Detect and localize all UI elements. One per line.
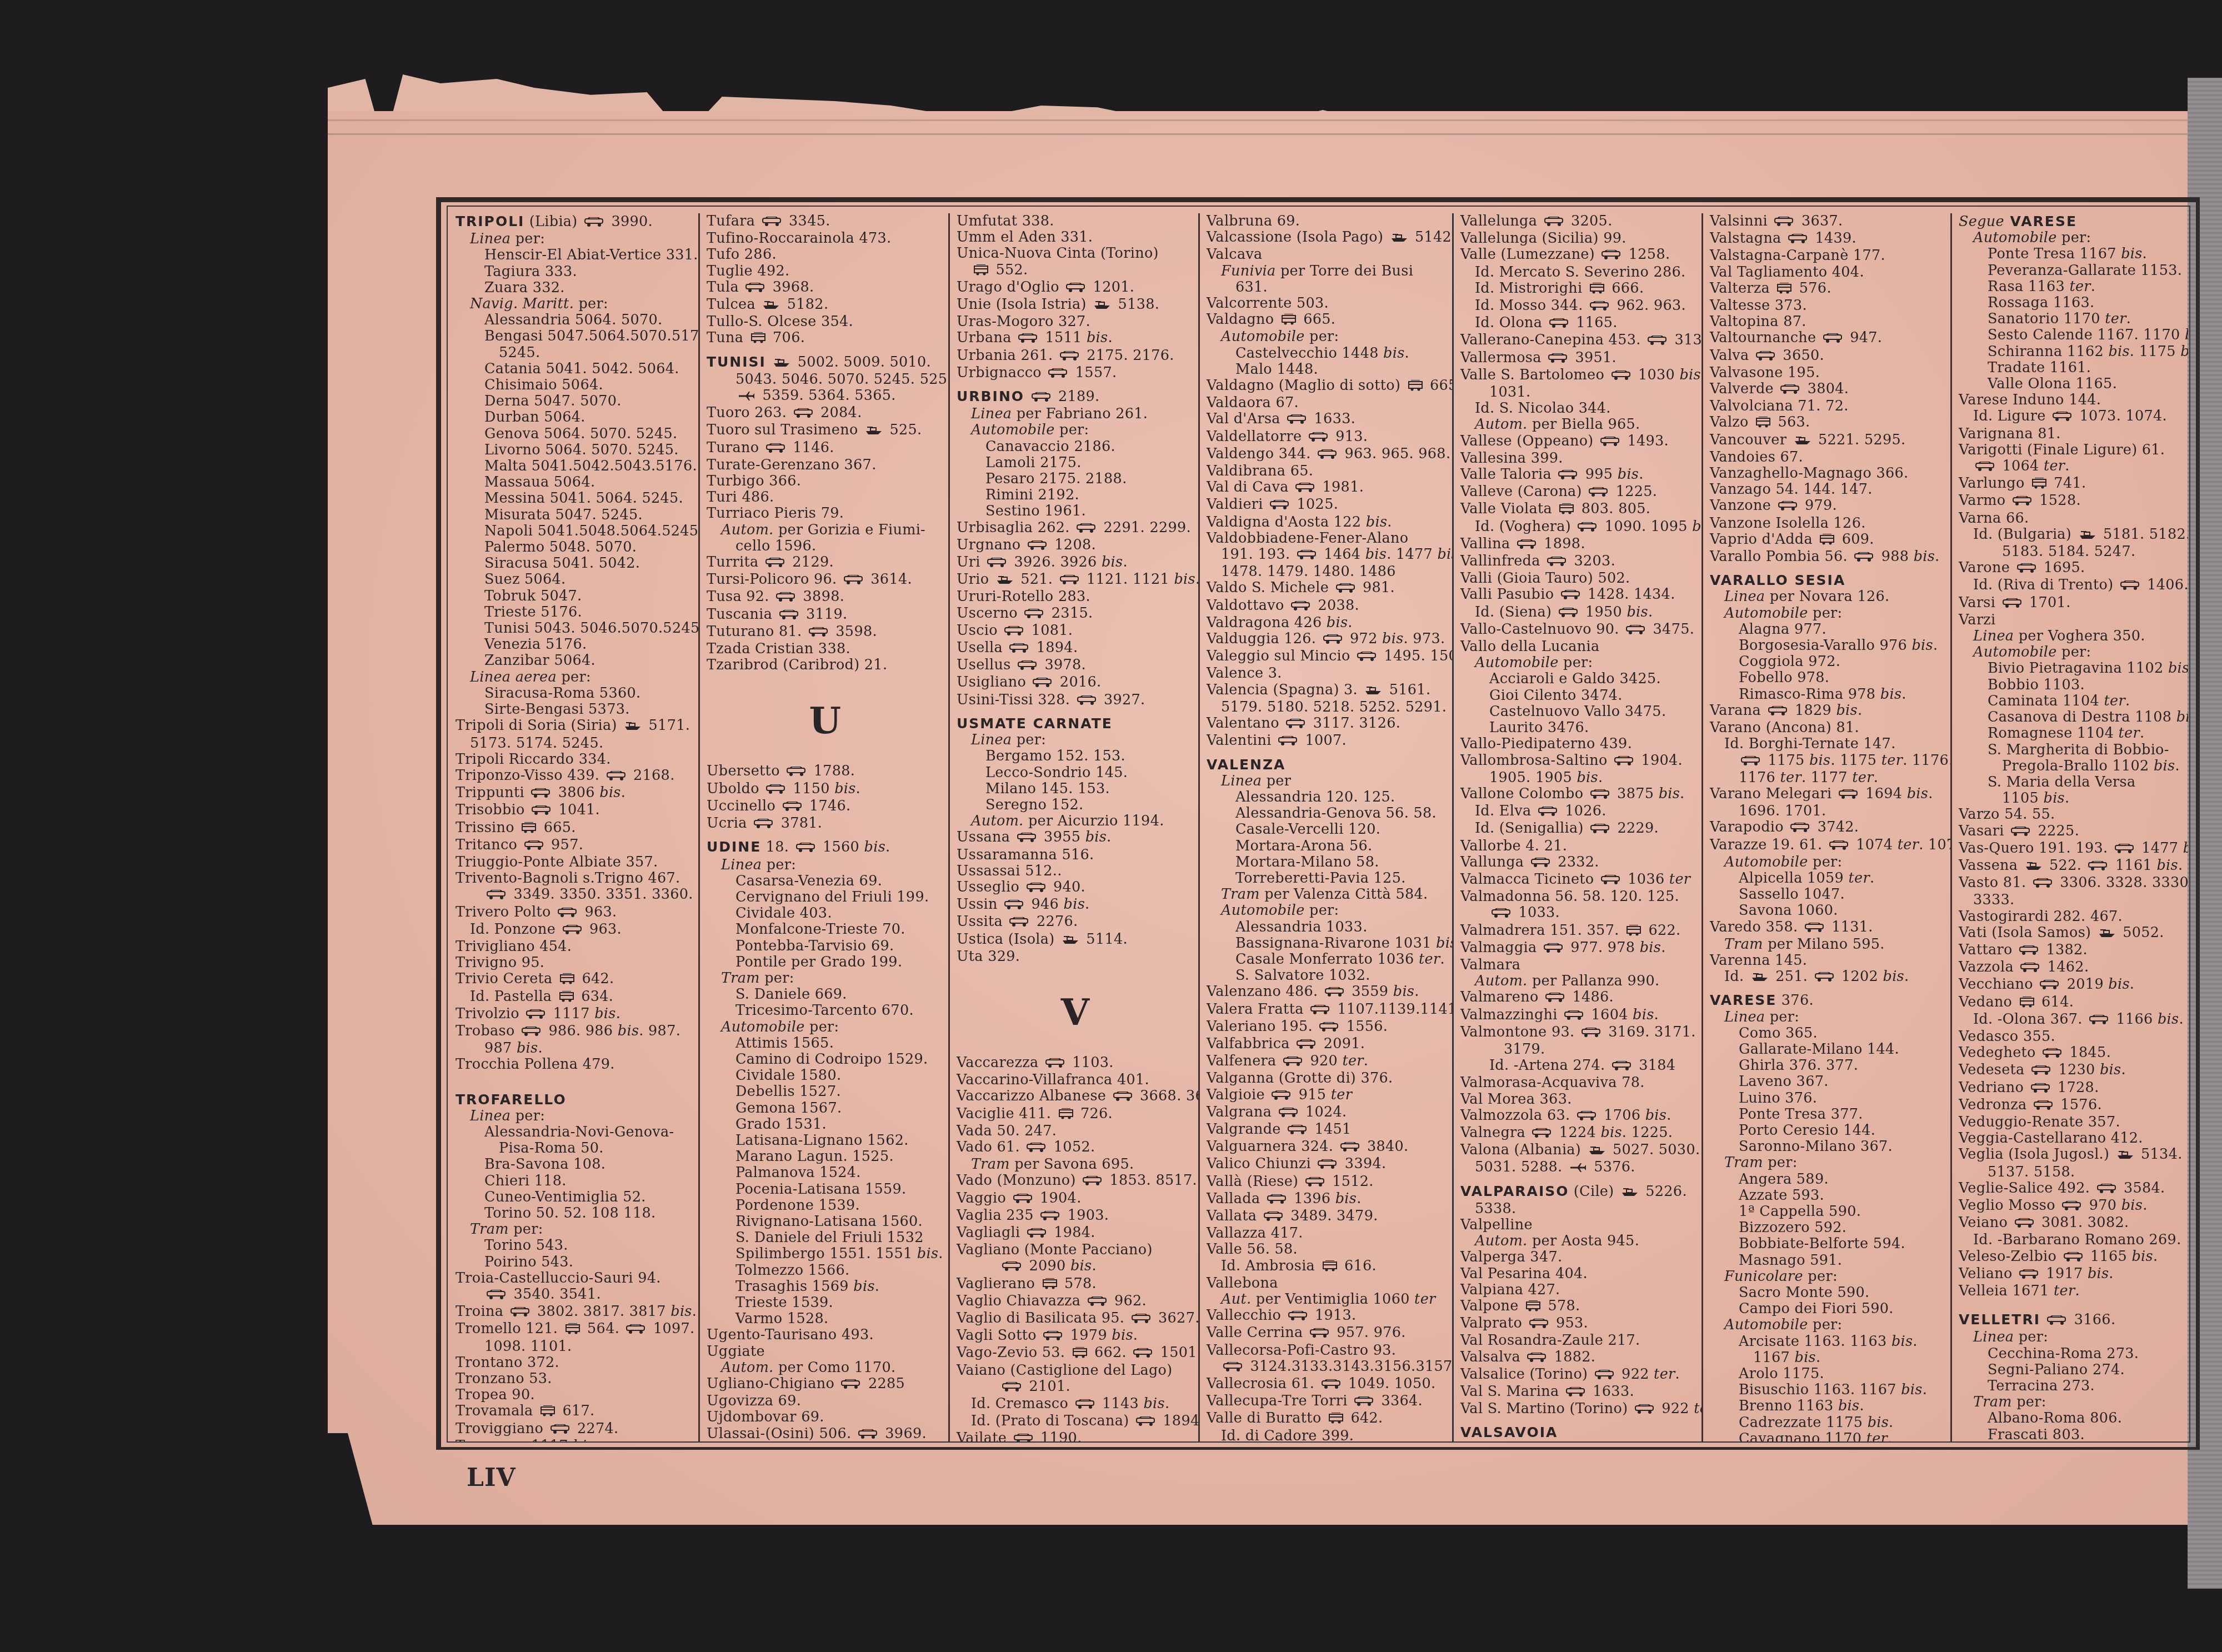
index-entry: Pocenia-Latisana 1559. (707, 1182, 944, 1198)
index-entry: Debellis 1527. (707, 1084, 944, 1100)
route-label: Automobile per: (1710, 605, 1946, 622)
automobile-bus-icon (2003, 596, 2023, 612)
route-label: Autom. per Biella 965. (1460, 417, 1697, 433)
index-entry: Tula 3968. (707, 279, 944, 297)
index-entry: Saronno-Milano 367. (1710, 1139, 1946, 1155)
automobile-bus-icon (551, 1422, 570, 1438)
route-label: Linea per (1207, 773, 1448, 789)
index-entry: Id. (Riva di Trento) 1406. (1959, 577, 2184, 594)
automobile-bus-icon (1310, 1003, 1330, 1019)
index-entry: Veduggio-Renate 357. (1959, 1114, 2184, 1130)
index-entry: Varignana 81. (1959, 426, 2184, 442)
automobile-bus-icon (2011, 824, 2031, 840)
index-entry: Umm el Aden 331. (957, 229, 1194, 246)
automobile-bus-icon (1305, 1175, 1325, 1191)
index-entry: Brenno 1163 bis. (1710, 1398, 1946, 1414)
automobile-bus-icon (1033, 675, 1053, 692)
automobile-bus-icon (1839, 787, 1859, 803)
route-label: Tram per Savona 695. (957, 1157, 1194, 1173)
index-entry: Triuggio-Ponte Albiate 357. (456, 854, 694, 870)
index-entry: Tricesimo-Tarcento 670. (707, 1003, 944, 1019)
index-entry: Varano (Ancona) 81. (1710, 720, 1946, 736)
tram-icon (750, 331, 766, 347)
ship-icon (1621, 1185, 1639, 1201)
route-label: Linea per: (1959, 1329, 2184, 1345)
automobile-bus-icon (607, 769, 627, 785)
index-entry: Vaglio di Basilicata 95. 3627. (957, 1310, 1194, 1328)
automobile-bus-icon (1278, 734, 1298, 750)
index-entry: Vallerano-Canepina 453. 3135. (1460, 332, 1697, 349)
automobile-bus-icon (1077, 521, 1097, 537)
index-entry: Sestino 1961. (957, 503, 1194, 519)
index-entry: Massaua 5064. (456, 474, 694, 490)
index-entry: Trovamala 617. (456, 1403, 694, 1420)
index-entry: Valdo S. Michele 981. (1207, 580, 1448, 597)
index-entry: Luino 376. (1710, 1090, 1946, 1107)
station-heading: TUNISI 5002. 5009. 5010. (707, 354, 944, 372)
station-heading: TROFARELLO (456, 1092, 694, 1108)
index-entry: Vaccarezza 1103. (957, 1055, 1194, 1072)
automobile-bus-icon (526, 1007, 546, 1023)
automobile-bus-icon (1564, 1008, 1584, 1024)
index-entry: Val Tagliamento 404. (1710, 264, 1946, 281)
automobile-bus-icon (563, 923, 583, 939)
index-entry: Vallecupa-Tre Torri 3364. (1207, 1393, 1448, 1410)
index-entry: 1031. (1460, 384, 1697, 401)
index-entry: Usini-Tissi 328. 3927. (957, 692, 1194, 709)
route-label: Autom. per Como 1170. (707, 1360, 944, 1376)
index-entry: 1167 bis. (1710, 1350, 1946, 1366)
index-entry: Veglie-Salice 492. 3584. (1959, 1180, 2184, 1198)
automobile-bus-icon (1004, 898, 1024, 914)
index-entry: Troina 3802. 3817. 3817 bis. (456, 1304, 694, 1321)
index-entry: Suez 5064. (456, 572, 694, 588)
route-label: Funivia per Torre dei Busi (1207, 263, 1448, 279)
index-entry: Bivio Pietragavina 1102 bis. (1959, 660, 2184, 677)
route-label: Tram per: (707, 970, 944, 987)
index-entry: Vedano 614. (1959, 994, 2184, 1012)
automobile-bus-icon (584, 215, 604, 231)
index-entry: Vallelunga 3205. (1460, 213, 1697, 231)
index-entry: Uta 329. (957, 949, 1194, 965)
index-entry: Vago-Zevio 53. 662. 1501. (957, 1345, 1194, 1362)
index-entry: Valmareno 1486. (1460, 989, 1697, 1007)
index-entry: Vallombrosa-Saltino 1904. (1460, 753, 1697, 770)
automobile-bus-icon (1027, 1140, 1047, 1157)
route-label: Automobile per: (1959, 644, 2184, 660)
tram-icon (1819, 533, 1835, 549)
index-entry: Ussin 946 bis. (957, 897, 1194, 914)
index-entry: Rimasco-Rima 978 bis. (1710, 687, 1946, 703)
index-entry: Genova 5064. 5070. 5245. (456, 426, 694, 442)
tram-icon (559, 972, 575, 988)
index-entry: Tzada Cristian 338. (707, 641, 944, 657)
automobile-bus-icon (1823, 331, 1843, 347)
airplane-icon (1569, 1160, 1587, 1177)
automobile-bus-icon (1027, 880, 1047, 897)
index-entry: Casale-Vercelli 120. (1207, 822, 1448, 838)
index-entry: Valdibrana 65. (1207, 463, 1448, 479)
index-entry: Laveno 367. (1710, 1074, 1946, 1090)
automobile-bus-icon (1040, 1209, 1060, 1225)
index-entry: Vallina 1898. (1460, 536, 1697, 553)
route-label: Autom. per Aicurzio 1194. (957, 813, 1194, 829)
index-entry: Varna 66. (1959, 510, 2184, 527)
index-entry: Vallesina 399. (1460, 450, 1697, 467)
index-entry: Valdagno (Maglio di sotto) 665. (1207, 378, 1448, 395)
index-entry: Valentini 1007. (1207, 733, 1448, 750)
index-entry: Bizzozero 592. (1710, 1220, 1946, 1236)
index-entry: Bobbiate-Belforte 594. (1710, 1236, 1946, 1252)
index-entry: Pisa-Roma 50. (456, 1140, 694, 1157)
index-entry: Ponte Tresa 1167 bis. (1959, 246, 2184, 262)
index-entry: Ugento-Taurisano 493. (707, 1327, 944, 1343)
index-entry: 3124.3133.3143.3156.3157. (1207, 1359, 1448, 1376)
index-entry: Vallazza 417. (1207, 1225, 1448, 1241)
station-heading: VARALLO SESIA (1710, 572, 1946, 589)
index-entry: Vallo-Castelnuovo 90. 3475. (1460, 622, 1697, 639)
automobile-bus-icon (1788, 232, 1808, 248)
tram-icon (540, 1404, 555, 1420)
index-entry: Vallecorsa-Pofi-Castro 93. (1207, 1343, 1448, 1359)
index-entry: Mortara-Milano 58. (1207, 854, 1448, 870)
automobile-bus-icon (2034, 1098, 2054, 1114)
tram-icon (559, 990, 574, 1006)
automobile-bus-icon (1545, 990, 1565, 1007)
route-label: Linea per: (1710, 1009, 1946, 1025)
index-entry: Vallecchio 1913. (1207, 1308, 1448, 1325)
index-entry: Tagiura 333. (456, 264, 694, 280)
automobile-bus-icon (809, 625, 829, 641)
automobile-bus-icon (787, 764, 807, 780)
index-entry: Vanzago 54. 144. 147. (1710, 482, 1946, 498)
index-entry: Troia-Castelluccio-Sauri 94. (456, 1270, 694, 1286)
automobile-bus-icon (511, 1305, 531, 1321)
automobile-bus-icon (2089, 1013, 2109, 1029)
index-entry: Varigotti (Finale Ligure) 61. (1959, 442, 2184, 458)
index-entry: Veglia (Isola Jugosl.) 5134. (1959, 1147, 2184, 1164)
index-entry: Valera Fratta 1107.1139.1141 (1207, 1002, 1448, 1019)
index-entry: Porto Ceresio 144. (1710, 1123, 1946, 1139)
index-entry: Valle di Buratto 642. (1207, 1410, 1448, 1428)
index-entry: Vecchiano 2019 bis. (1959, 977, 2184, 994)
index-entry: Chisimaio 5064. (456, 377, 694, 393)
index-entry: Valmazzinghi 1604 bis. (1460, 1007, 1697, 1024)
index-entry: Trivigno 95. (456, 955, 694, 971)
index-entry: Coggiola 972. (1710, 654, 1946, 670)
index-entry: Valdellatorre 913. (1207, 429, 1448, 446)
index-entry: Casanova di Destra 1108 bis (1959, 709, 2184, 725)
ship-icon (1588, 1143, 1606, 1159)
index-entry: Id. (Siena) 1950 bis. (1460, 604, 1697, 622)
index-entry: Siracusa 5041. 5042. (456, 555, 694, 572)
automobile-bus-icon (1635, 1402, 1655, 1418)
index-entry: Valcorrente 503. (1207, 296, 1448, 312)
automobile-bus-icon (1558, 468, 1578, 484)
automobile-bus-icon (1270, 498, 1290, 514)
station-heading-name: TROFARELLO (456, 1092, 567, 1108)
index-entry: Valenzano 486. 3559 bis. (1207, 984, 1448, 1001)
automobile-bus-icon (1048, 366, 1068, 382)
index-entry: Vas-Quero 191. 193. 1477 bis. (1959, 840, 2184, 858)
index-entry: Id. Pastella 634. (456, 989, 694, 1006)
index-entry: Varese Induno 144. (1959, 392, 2184, 408)
index-entry: Valmara (1460, 957, 1697, 973)
index-entry: Messina 5041. 5064. 5245. (456, 490, 694, 507)
automobile-bus-icon (1538, 804, 1558, 820)
index-entry: Varzi (1959, 612, 2184, 628)
index-entry: Vastogirardi 282. 467. (1959, 909, 2184, 925)
index-entry: 1098. 1101. (456, 1339, 694, 1355)
index-entry: Ussita 2276. (957, 914, 1194, 931)
automobile-bus-icon (1309, 430, 1329, 446)
index-entry: Vallada 1396 bis. (1207, 1191, 1448, 1208)
index-entry: Id. Elva 1026. (1460, 803, 1697, 820)
index-entry: Valdottavo 2038. (1207, 598, 1448, 615)
tram-icon (1559, 502, 1574, 518)
automobile-bus-icon (1595, 1368, 1615, 1384)
index-entry: Palermo 5048. 5070. (456, 539, 694, 555)
tram-icon (1281, 313, 1297, 329)
index-entry: Latisana-Lignano 1562. (707, 1133, 944, 1149)
automobile-bus-icon (1319, 1020, 1339, 1036)
station-heading-name: VALSAVOIA (1460, 1424, 1558, 1440)
index-entry: Valence 3. (1207, 665, 1448, 682)
station-heading: USMATE CARNATE (957, 715, 1194, 732)
automobile-bus-icon (1004, 624, 1024, 640)
automobile-bus-icon (2062, 1199, 2082, 1215)
index-entry: Vagli Sotto 1979 bis. (957, 1328, 1194, 1345)
index-entry: Marano Lagun. 1525. (707, 1149, 944, 1165)
automobile-bus-icon (2064, 1250, 2084, 1266)
index-entry: Alagna 977. (1710, 622, 1946, 638)
index-entry: Unica-Nuova Cinta (Torino) (957, 246, 1194, 262)
index-entry: Rossaga 1163. (1959, 295, 2184, 311)
index-entry: Camino di Codroipo 1529. (707, 1052, 944, 1068)
index-entry: 5245. (456, 345, 694, 361)
index-entry: Terracina 273. (1959, 1378, 2184, 1394)
automobile-bus-icon (487, 1288, 507, 1304)
index-columns: TRIPOLI (Libia) 3990.Linea per:Henscir-E… (449, 213, 2188, 1441)
index-entry: Fobello 978. (1710, 670, 1946, 686)
index-entry: Valdobbiadene-Fener-Alano (1207, 530, 1448, 547)
index-entry: Azzate 593. (1710, 1188, 1946, 1204)
station-heading: VALPARAISO (Cile) 5226. (1460, 1183, 1697, 1201)
route-label: Linea per: (456, 231, 694, 247)
index-entry: Castelvecchio 1448 bis. (1207, 346, 1448, 362)
index-entry: Milano 145. 153. (957, 781, 1194, 797)
index-entry: 5359. 5364. 5365. (707, 388, 944, 405)
index-entry: Valva 3650. (1710, 348, 1946, 365)
route-label: Automobile per: (1207, 329, 1448, 345)
index-entry: Valle 56. 58. (1207, 1241, 1448, 1258)
station-heading-name: UDINE (707, 839, 761, 855)
index-entry: Val d'Arsa 1633. (1207, 411, 1448, 428)
index-entry: Urbana 1511 bis. (957, 330, 1194, 347)
index-entry: Gallarate-Milano 144. (1710, 1042, 1946, 1058)
automobile-bus-icon (1060, 349, 1080, 365)
tram-icon (1755, 415, 1771, 432)
index-entry: Varone 1695. (1959, 560, 2184, 577)
automobile-bus-icon (2097, 1182, 2117, 1198)
tram-icon (1042, 1277, 1058, 1293)
index-entry: Tusa 92. 3898. (707, 589, 944, 606)
automobile-bus-icon (532, 803, 552, 819)
index-entry: Valeriano 195. 1556. (1207, 1019, 1448, 1036)
index-entry: Trobaso 986. 986 bis. 987. (456, 1023, 694, 1040)
index-entry: Vazzola 1462. (1959, 959, 2184, 977)
index-entry: Varano Melegari 1694 bis. (1710, 786, 1946, 803)
index-entry: Valle Olona 1165. (1959, 376, 2184, 392)
automobile-bus-icon (487, 888, 507, 904)
index-entry: Val S. Martino (Torino) 922 ter (1460, 1401, 1697, 1418)
tram-icon (973, 263, 989, 279)
automobile-bus-icon (2020, 960, 2040, 977)
automobile-bus-icon (783, 799, 803, 815)
index-entry: Id. (Bulgaria) 5181. 5182. (1959, 527, 2184, 544)
automobile-bus-icon (2040, 978, 2060, 994)
index-entry: Unie (Isola Istria) 5138. (957, 297, 1194, 314)
route-label: Tram per Valenza Città 584. (1207, 887, 1448, 903)
index-entry: Tufo 286. (707, 247, 944, 263)
automobile-bus-icon (1590, 822, 1610, 838)
index-entry: Cividale 403. (707, 905, 944, 922)
index-entry: S. Maria della Versa (1959, 774, 2184, 790)
index-entry: Vedriano 1728. (1959, 1080, 2184, 1097)
index-entry: Varmo 1528. (1959, 493, 2184, 510)
automobile-bus-icon (1544, 214, 1564, 231)
automobile-bus-icon (2088, 859, 2108, 875)
automobile-bus-icon (1626, 623, 1646, 639)
index-entry: Vallese (Oppeano) 1493. (1460, 433, 1697, 450)
index-entry: Torino 543. (456, 1238, 694, 1254)
automobile-bus-icon (1975, 459, 1995, 475)
index-entry: Cavagnano 1170 ter. (1710, 1431, 1946, 1441)
index-entry: Tuturano 81. 3598. (707, 624, 944, 641)
index-entry: 2090 bis. (957, 1258, 1194, 1275)
index-entry: Vancouver 5221. 5295. (1710, 432, 1946, 449)
index-entry: Valgrande 1451 (1207, 1122, 1448, 1139)
index-entry: Rimini 2192. (957, 487, 1194, 503)
automobile-bus-icon (2053, 409, 2073, 425)
automobile-bus-icon (1279, 1105, 1299, 1122)
index-entry: Turriaco Pieris 79. (707, 505, 944, 522)
automobile-bus-icon (531, 786, 551, 802)
index-column-4: Valbruna 69.Valcassione (Isola Pago) 514… (1200, 213, 1454, 1441)
index-entry: Alessandria 5064. 5070. (456, 312, 694, 328)
automobile-bus-icon (1529, 1316, 1549, 1333)
index-entry: Ustica (Isola) 5114. (957, 932, 1194, 949)
automobile-bus-icon (1741, 754, 1761, 770)
index-entry: Zuara 332. (456, 280, 694, 296)
automobile-bus-icon (1002, 1380, 1022, 1396)
index-entry: Valmacca Ticineto 1036 ter (1460, 872, 1697, 889)
index-entry: Triponzo-Visso 439. 2168. (456, 768, 694, 785)
index-entry: Bobbio 1103. (1959, 677, 2184, 693)
index-entry: Id. -Olona 367. 1166 bis. (1959, 1012, 2184, 1029)
ship-icon (762, 298, 780, 314)
index-entry: Id. Mosso 344. 962. 963. (1460, 298, 1697, 315)
index-entry: Id. -Barbarano Romano 269. (1959, 1232, 2184, 1248)
automobile-bus-icon (1756, 349, 1776, 365)
index-entry: Valmontone 93. 3169. 3171. (1460, 1024, 1697, 1042)
index-entry: Veglio Mosso 970 bis. (1959, 1198, 2184, 1215)
index-entry: Id. (Voghera) 1090. 1095 bis (1460, 519, 1697, 536)
automobile-bus-icon (1559, 605, 1579, 622)
index-entry: Ussana 3955 bis. (957, 829, 1194, 847)
index-entry: Seregno 152. (957, 797, 1194, 813)
index-entry: Durban 5064. (456, 409, 694, 425)
index-entry: Castelnuovo Vallo 3475. (1460, 704, 1697, 720)
index-entry: Chieri 118. (456, 1173, 694, 1189)
automobile-bus-icon (1288, 1309, 1308, 1325)
index-entry: Valgrana 1024. (1207, 1104, 1448, 1122)
automobile-bus-icon (1614, 754, 1634, 770)
index-entry: Casale Monferrato 1036 ter. (1207, 952, 1448, 968)
index-entry: Trivento-Bagnoli s.Trigno 467. (456, 870, 694, 887)
index-entry: Valli (Gioia Tauro) 502. (1460, 570, 1697, 587)
index-entry: Uscio 1081. (957, 623, 1194, 640)
ship-icon (1062, 933, 1079, 949)
index-entry: Veleso-Zelbio 1165 bis. (1959, 1249, 2184, 1266)
index-entry: Valduggia 126. 972 bis. 973. (1207, 631, 1448, 648)
index-entry: Romagnese 1104 ter. (1959, 725, 2184, 742)
index-entry: Urio 521. 1121. 1121 bis. (957, 572, 1194, 589)
automobile-bus-icon (2031, 1063, 2051, 1079)
index-entry: Vagliagli 1984. (957, 1225, 1194, 1242)
index-entry: Vassena 522. 1161 bis. 1184 (1959, 858, 2184, 875)
index-entry: Val Morea 363. (1460, 1092, 1697, 1108)
automobile-bus-icon (779, 608, 799, 624)
index-entry: Val S. Marina 1633. (1460, 1384, 1697, 1401)
index-entry: Tzaribrod (Caribrod) 21. (707, 657, 944, 673)
index-entry: Valmadonna 56. 58. 120. 125. (1460, 889, 1697, 905)
index-entry: Lamoli 2175. (957, 455, 1194, 471)
index-entry: Vaglierano 578. (957, 1276, 1194, 1293)
index-entry: Schiranna 1162 bis. 1175 bis (1959, 344, 2184, 360)
index-entry: Torino 50. 52. 108 118. (456, 1205, 694, 1222)
index-entry: Gioi Cilento 3474. (1460, 688, 1697, 704)
index-entry: Turate-Gerenzano 367. (707, 457, 944, 473)
route-label: Autom. per Pallanza 990. (1460, 973, 1697, 989)
index-entry: 1478. 1479. 1480. 1486 (1207, 564, 1448, 580)
index-entry: Ponte Tresa 377. (1710, 1107, 1946, 1123)
automobile-bus-icon (626, 1322, 646, 1338)
index-entry: Alpicella 1059 ter. (1710, 870, 1946, 887)
index-entry: Mortara-Arona 56. (1207, 838, 1448, 854)
index-entry: Trocchia Pollena 479. (456, 1057, 694, 1073)
index-entry: Savona 1060. (1710, 903, 1946, 919)
route-label: Linea per Fabriano 261. (957, 406, 1194, 422)
index-entry: Valsalice (Torino) 922 ter. (1460, 1366, 1697, 1384)
index-entry: Monfalcone-Trieste 70. (707, 922, 944, 938)
index-column-1: TRIPOLI (Libia) 3990.Linea per:Henscir-E… (449, 213, 700, 1441)
index-entry: Como 365. (1710, 1025, 1946, 1042)
index-entry: Id. Cremasco 1143 bis. (957, 1396, 1194, 1413)
automobile-bus-icon (776, 590, 796, 606)
automobile-bus-icon (1286, 717, 1306, 733)
index-entry: Pordenone 1539. (707, 1198, 944, 1214)
station-heading: VALSAVOIA (1460, 1424, 1697, 1441)
index-entry: Gemona 1567. (707, 1100, 944, 1117)
route-label: Automobile per: (1710, 854, 1946, 870)
index-entry: Valle (Lumezzane) 1258. (1460, 247, 1697, 264)
index-entry: Tulcea 5182. (707, 297, 944, 314)
automobile-bus-icon (1136, 1414, 1156, 1430)
index-table-frame: TRIPOLI (Libia) 3990.Linea per:Henscir-E… (436, 197, 2200, 1450)
index-entry: Tromello 121. 564. 1097. (456, 1321, 694, 1338)
index-entry: Uggiate (707, 1344, 944, 1360)
